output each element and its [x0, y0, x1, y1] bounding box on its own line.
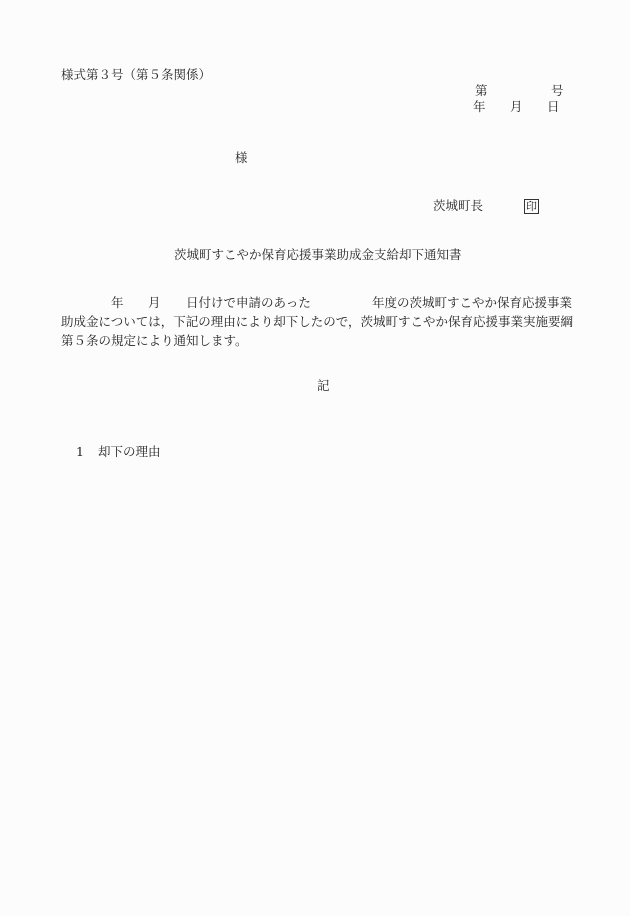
date-month: 月 — [510, 101, 523, 114]
body-day-text: 日付けで申請のあった — [186, 297, 311, 310]
doc-number-prefix: 第 — [475, 85, 488, 98]
item-number: 1 — [76, 446, 84, 459]
recipient-honorific: 様 — [235, 152, 248, 165]
ki-marker: 記 — [317, 380, 330, 393]
doc-number-suffix: 号 — [551, 85, 564, 98]
form-label: 様式第３号（第５条関係） — [61, 69, 211, 82]
body-month: 月 — [148, 297, 161, 310]
seal-mark: 印 — [524, 199, 539, 214]
body-line-2: 助成金については，下記の理由により却下したので，茨城町すこやか保育応援事業実施要… — [61, 316, 573, 329]
document-title: 茨城町すこやか保育応援事業助成金支給却下通知書 — [174, 249, 462, 262]
sender-name: 茨城町長 — [433, 200, 483, 213]
item-label: 却下の理由 — [98, 446, 161, 459]
date-day: 日 — [547, 101, 560, 114]
date-year: 年 — [473, 101, 486, 114]
body-line-3: 第５条の規定により通知します。 — [61, 335, 248, 348]
seal-icon: 印 — [524, 199, 539, 214]
body-fiscal-text: 年度の茨城町すこやか保育応援事業 — [372, 297, 572, 310]
body-year: 年 — [111, 297, 124, 310]
